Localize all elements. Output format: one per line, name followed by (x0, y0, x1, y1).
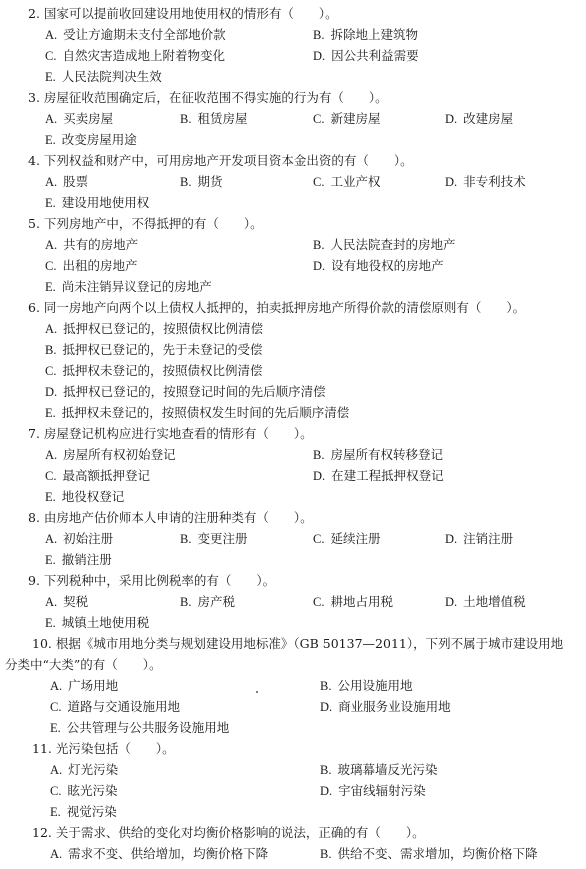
question-stem: 10. 根据《城市用地分类与规划建设用地标准》（GB 50137—2011），下… (32, 636, 563, 652)
question-number: 3. (28, 90, 40, 105)
option-b: B.拆除地上建筑物 (313, 27, 418, 43)
option-a: A.共有的房地产 (45, 237, 138, 253)
option-d: D.商业服务业设施用地 (320, 699, 451, 715)
exam-page: 2. 国家可以提前收回建设用地使用权的情形有（ ）。 A.受让方逾期未支付全部地… (0, 0, 586, 869)
question-number: 8. (28, 510, 40, 525)
option-b: B.变更注册 (180, 531, 247, 547)
option-a: A.买卖房屋 (45, 111, 113, 127)
option-d: D.设有地役权的房地产 (313, 258, 444, 274)
option-b: B.人民法院查封的房地产 (313, 237, 455, 253)
question-number: 10. (32, 636, 52, 651)
option-b: B.租赁房屋 (180, 111, 247, 127)
option-d: D.注销注册 (445, 531, 513, 547)
option-a: A.房屋所有权初始登记 (45, 447, 176, 463)
option-a: A.灯光污染 (50, 762, 118, 778)
question-number: 12. (32, 825, 52, 840)
option-b: B.期货 (180, 174, 222, 190)
option-a: A.初始注册 (45, 531, 113, 547)
option-b: B.房产税 (180, 594, 235, 610)
option-b: B.玻璃幕墙反光污染 (320, 762, 437, 778)
question-number: 2. (28, 6, 40, 21)
question-number: 5. (28, 216, 40, 231)
option-d: D.土地增值税 (445, 594, 526, 610)
option-e: E.尚未注销异议登记的房地产 (45, 279, 212, 295)
option-a: A.需求不变、供给增加，均衡价格下降 (50, 846, 268, 862)
option-d: D.非专利技术 (445, 174, 526, 190)
option-a: A.广场用地 (50, 678, 118, 694)
option-c: C.出租的房地产 (45, 258, 137, 274)
question-stem: 2. 国家可以提前收回建设用地使用权的情形有（ ）。 (28, 6, 338, 22)
question-number: 9. (28, 573, 40, 588)
option-b: B.抵押权已登记的，先于未登记的受偿 (45, 342, 262, 358)
option-e: E.视觉污染 (50, 804, 117, 820)
option-e: E.建设用地使用权 (45, 195, 149, 211)
option-c: C.自然灾害造成地上附着物变化 (45, 48, 225, 64)
question-stem: 6. 同一房地产向两个以上债权人抵押的，拍卖抵押房地产所得价款的清偿原则有（ ）… (28, 300, 525, 316)
option-a: A.受让方逾期未支付全部地价款 (45, 27, 226, 43)
option-a: A.股票 (45, 174, 88, 190)
option-d: D.改建房屋 (445, 111, 513, 127)
option-c: C.眩光污染 (50, 783, 117, 799)
option-b: B.房屋所有权转移登记 (313, 447, 443, 463)
option-c: C.新建房屋 (313, 111, 380, 127)
question-number: 7. (28, 426, 40, 441)
option-a: A.契税 (45, 594, 88, 610)
option-d: D.在建工程抵押权登记 (313, 468, 444, 484)
question-stem: 5. 下列房地产中，不得抵押的有（ ）。 (28, 216, 263, 232)
question-stem: 3. 房屋征收范围确定后，在征收范围不得实施的行为有（ ）。 (28, 90, 388, 106)
question-number: 4. (28, 153, 40, 168)
option-e: E.地役权登记 (45, 489, 124, 505)
option-c: C.最高额抵押登记 (45, 468, 150, 484)
option-a: A.抵押权已登记的，按照债权比例清偿 (45, 321, 263, 337)
question-stem: 8. 由房地产估价师本人申请的注册种类有（ ）。 (28, 510, 313, 526)
question-stem: 9. 下列税种中，采用比例税率的有（ ）。 (28, 573, 275, 589)
question-stem: 12. 关于需求、供给的变化对均衡价格影响的说法，正确的有（ ）。 (32, 825, 425, 841)
option-c: C.工业产权 (313, 174, 380, 190)
option-c: C.抵押权未登记的，按照债权比例清偿 (45, 363, 262, 379)
option-c: C.耕地占用税 (313, 594, 393, 610)
option-b: B.供给不变、需求增加，均衡价格下降 (320, 846, 537, 862)
option-e: E.抵押权未登记的，按照债权发生时间的先后顺序清偿 (45, 405, 349, 421)
question-number: 11. (32, 741, 52, 756)
question-stem: 7. 房屋登记机构应进行实地查看的情形有（ ）。 (28, 426, 313, 442)
question-number: 6. (28, 300, 40, 315)
option-d: D.抵押权已登记的，按照登记时间的先后顺序清偿 (45, 384, 326, 400)
option-e: E.改变房屋用途 (45, 132, 137, 148)
option-e: E.撤销注册 (45, 552, 112, 568)
speck-mark (256, 691, 258, 693)
option-c: C.延续注册 (313, 531, 380, 547)
question-stem: 4. 下列权益和财产中，可用房地产开发项目资本金出资的有（ ）。 (28, 153, 413, 169)
option-e: E.人民法院判决生效 (45, 69, 162, 85)
question-stem-continued: 分类中“大类”的有（ ）。 (5, 657, 162, 673)
option-d: D.因公共利益需要 (313, 48, 419, 64)
question-stem: 11. 光污染包括（ ）。 (32, 741, 175, 757)
option-e: E.公共管理与公共服务设施用地 (50, 720, 229, 736)
option-c: C.道路与交通设施用地 (50, 699, 180, 715)
option-b: B.公用设施用地 (320, 678, 412, 694)
option-e: E.城镇土地使用税 (45, 615, 149, 631)
option-d: D.宇宙线辐射污染 (320, 783, 426, 799)
